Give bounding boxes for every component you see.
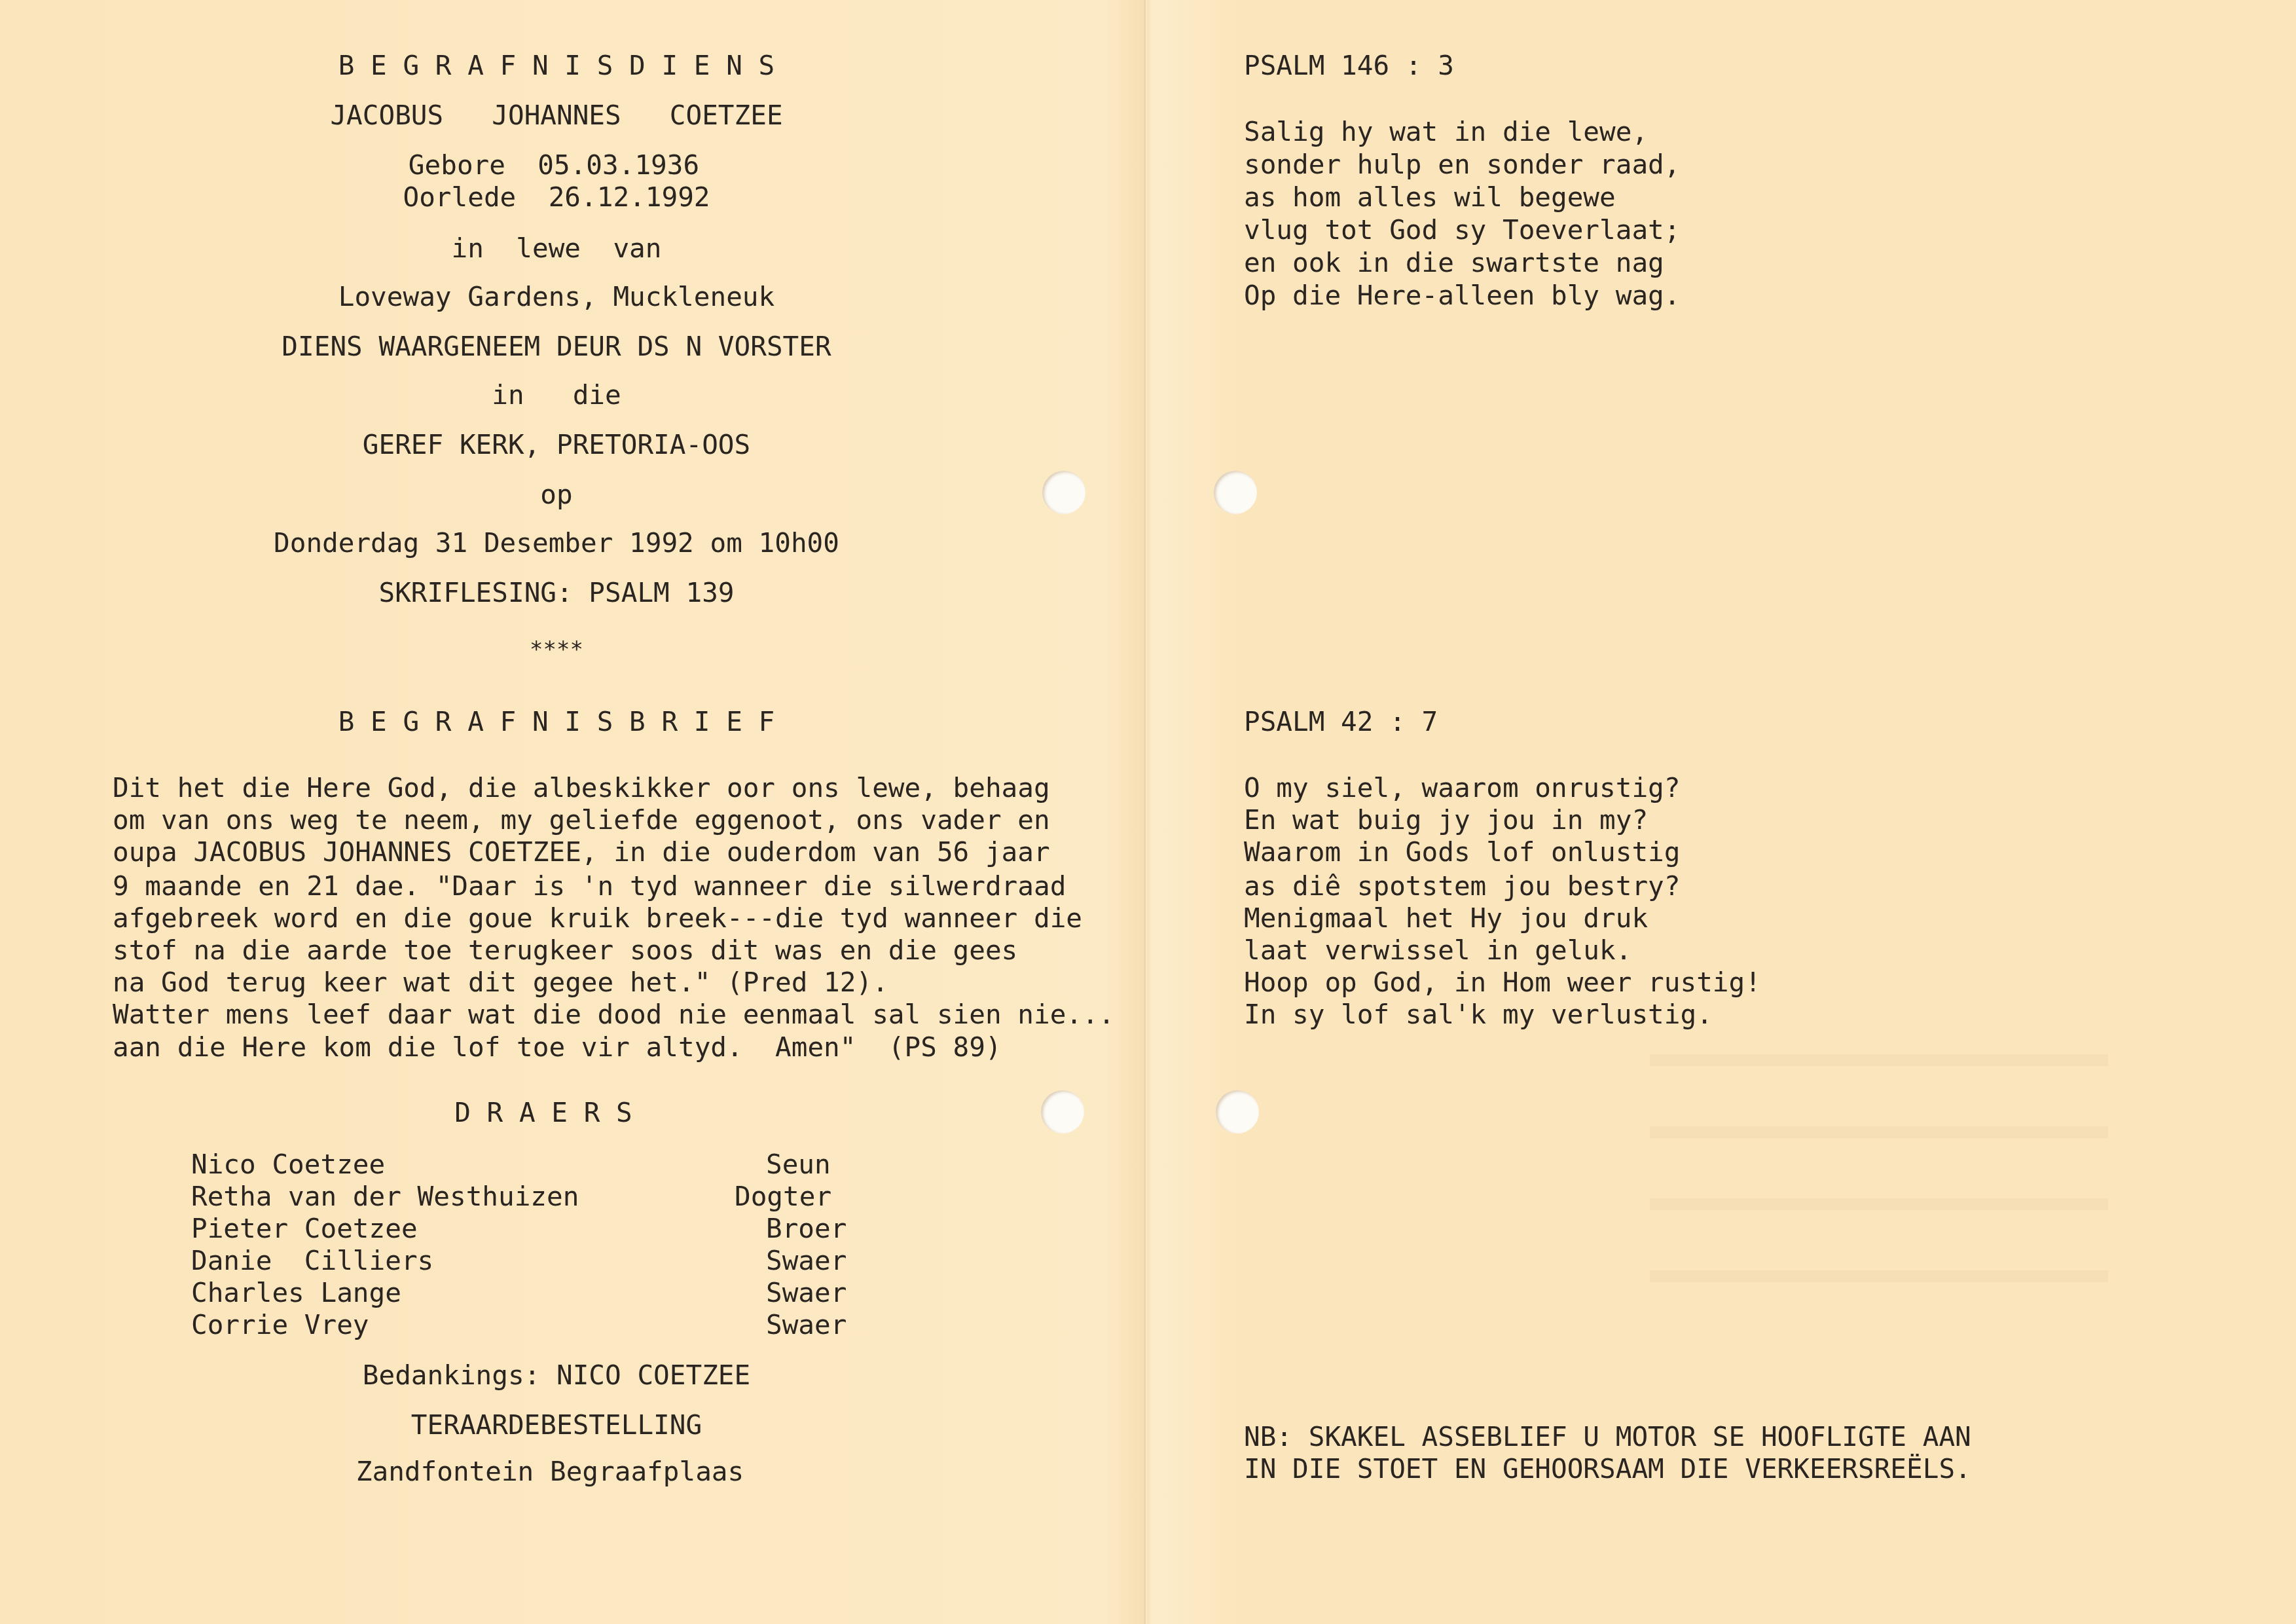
letter-line: Watter mens leef daar wat die dood nie e…: [113, 1001, 1114, 1028]
letter-line: Dit het die Here God, die albeskikker oo…: [113, 775, 1050, 802]
letter-line: stof na die aarde toe terugkeer soos dit…: [113, 937, 1017, 964]
op: op: [131, 481, 982, 508]
address: Loveway Gardens, Muckleneuk: [131, 284, 982, 310]
in-lewe-van: in lewe van: [131, 235, 982, 262]
bearer-relation: Swaer: [766, 1247, 847, 1274]
verse-line: Salig hy wat in die lewe,: [1244, 119, 1648, 145]
bearer-name: Nico Coetzee: [191, 1151, 385, 1178]
in-die: in die: [131, 382, 982, 409]
letter-line: 9 maande en 21 dae. "Daar is 'n tyd wann…: [113, 873, 1066, 900]
bearer-relation: Broer: [766, 1215, 847, 1242]
service-heading: B E G R A F N I S D I E N S: [131, 52, 982, 79]
bearer-name: Danie Cilliers: [191, 1247, 433, 1274]
verse-line: en ook in die swartste nag: [1244, 249, 1664, 276]
deceased-name: JACOBUS JOHANNES COETZEE: [131, 102, 982, 129]
separator-stars: ****: [131, 638, 982, 661]
notice-line: NB: SKAKEL ASSEBLIEF U MOTOR SE HOOFLIGT…: [1244, 1424, 1971, 1450]
punch-hole-left-top: [1042, 471, 1085, 514]
psalm-146-reference: PSALM 146 : 3: [1244, 52, 1454, 79]
service-datetime: Donderdag 31 Desember 1992 om 10h00: [131, 530, 982, 557]
bleed-through-text: [1650, 1028, 2108, 1316]
letter-line: afgebreek word en die goue kruik breek--…: [113, 905, 1082, 932]
verse-line: Op die Here-alleen bly wag.: [1244, 282, 1680, 309]
letter-line: aan die Here kom die lof toe vir altyd. …: [113, 1034, 1002, 1061]
verse-line: In sy lof sal'k my verlustig.: [1244, 1001, 1713, 1028]
bearers-heading: D R A E R S: [118, 1099, 969, 1126]
letter-line: oupa JACOBUS JOHANNES COETZEE, in die ou…: [113, 839, 1050, 866]
verse-line: sonder hulp en sonder raad,: [1244, 151, 1680, 178]
scripture-reading: SKRIFLESING: PSALM 139: [131, 580, 982, 606]
church: GEREF KERK, PRETORIA-OOS: [131, 432, 982, 458]
verse-line: Menigmaal het Hy jou druk: [1244, 905, 1648, 932]
bearer-name: Corrie Vrey: [191, 1312, 369, 1338]
bearer-name: Retha van der Westhuizen: [191, 1183, 579, 1210]
center-fold: [1144, 0, 1147, 1624]
cemetery: Zandfontein Begraafplaas: [124, 1458, 975, 1485]
verse-line: as hom alles wil begewe: [1244, 184, 1616, 211]
burial-heading: TERAARDEBESTELLING: [131, 1412, 982, 1439]
notice-line: IN DIE STOET EN GEHOORSAAM DIE VERKEERSR…: [1244, 1456, 1971, 1483]
birth-date: Gebore 05.03.1936: [128, 152, 979, 179]
bearer-relation: Swaer: [766, 1280, 847, 1306]
verse-line: vlug tot God sy Toeverlaat;: [1244, 217, 1680, 244]
death-date: Oorlede 26.12.1992: [131, 184, 982, 211]
punch-hole-left-bottom: [1041, 1090, 1084, 1134]
verse-line: laat verwissel in geluk.: [1244, 937, 1631, 964]
punch-hole-right-bottom: [1216, 1090, 1259, 1134]
verse-line: as diê spotstem jou bestry?: [1244, 873, 1680, 900]
psalm-42-reference: PSALM 42 : 7: [1244, 709, 1438, 735]
officiant: DIENS WAARGENEEM DEUR DS N VORSTER: [131, 333, 982, 360]
verse-line: Waarom in Gods lof onlustig: [1244, 839, 1680, 866]
verse-line: Hoop op God, in Hom weer rustig!: [1244, 969, 1761, 996]
letter-line: om van ons weg te neem, my geliefde egge…: [113, 807, 1050, 834]
bearer-relation: Swaer: [766, 1312, 847, 1338]
bearer-relation: Dogter: [735, 1183, 831, 1210]
letter-heading: B E G R A F N I S B R I E F: [131, 709, 982, 735]
bearer-relation: Seun: [766, 1151, 831, 1178]
punch-hole-right-top: [1214, 471, 1257, 514]
verse-line: En wat buig jy jou in my?: [1244, 807, 1648, 834]
letter-line: na God terug keer wat dit gegee het." (P…: [113, 969, 888, 996]
bearer-name: Charles Lange: [191, 1280, 401, 1306]
thanks-line: Bedankings: NICO COETZEE: [131, 1362, 982, 1389]
verse-line: O my siel, waarom onrustig?: [1244, 775, 1680, 802]
bearer-name: Pieter Coetzee: [191, 1215, 418, 1242]
